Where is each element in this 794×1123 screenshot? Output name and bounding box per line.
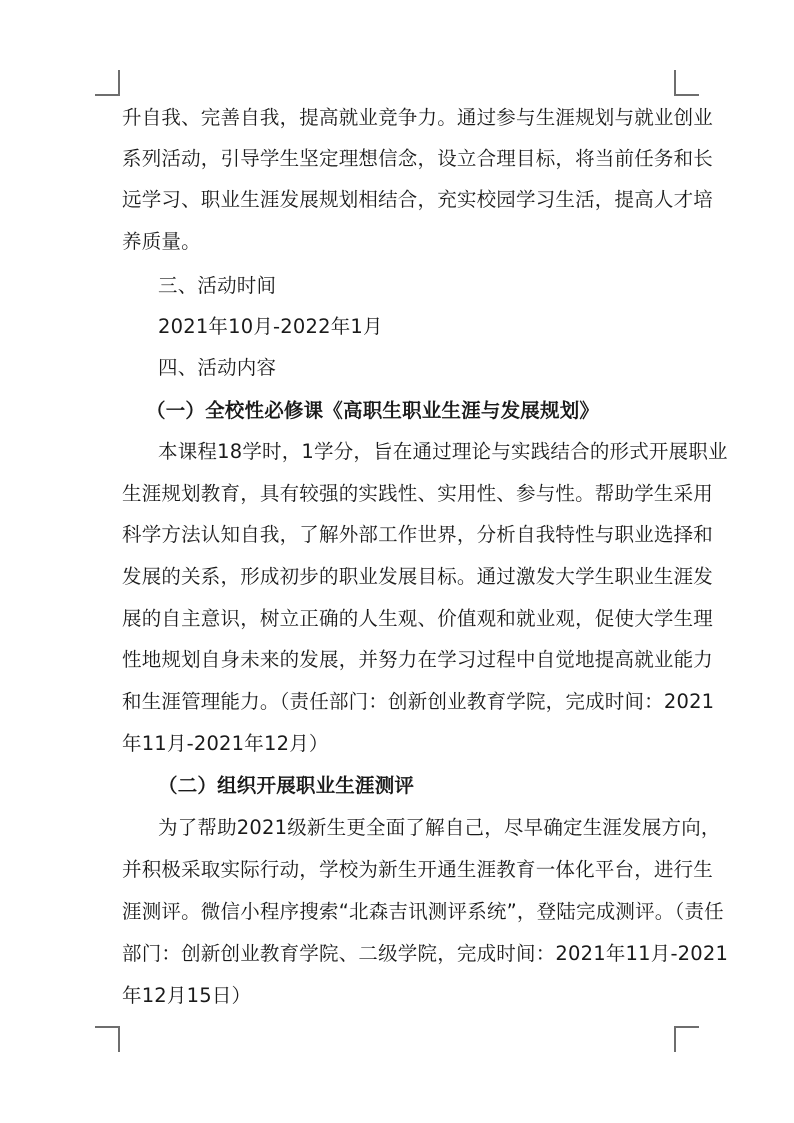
intro-line-2: 系列活动，引导学生坚定理想信念，设立合理目标，将当前任务和长	[122, 145, 682, 173]
subsection-2-heading: （二）组织开展职业生涯测评	[158, 772, 718, 800]
subsection-1-line-4: 发展的关系，形成初步的职业发展目标。通过激发大学生职业生涯发	[122, 563, 682, 591]
intro-line-4: 养质量。	[122, 228, 682, 256]
subsection-1-line-2: 生涯规划教育，具有较强的实践性、实用性、参与性。帮助学生采用	[122, 480, 682, 508]
bottom-right-margin-mark	[674, 1026, 699, 1052]
bottom-left-margin-mark	[95, 1026, 120, 1052]
subsection-1-line-5: 展的自主意识，树立正确的人生观、价值观和就业观，促使大学生理	[122, 605, 682, 633]
subsection-1-heading: （一）全校性必修课《高职生职业生涯与发展规划》	[146, 397, 706, 425]
intro-line-3: 远学习、职业生涯发展规划相结合，充实校园学习生活，提高人才培	[122, 186, 682, 214]
top-left-margin-mark	[95, 70, 120, 96]
document-page: 升自我、完善自我，提高就业竞争力。通过参与生涯规划与就业创业 系列活动，引导学生…	[0, 0, 794, 1123]
subsection-1-line-1: 本课程18学时，1学分，旨在通过理论与实践结合的形式开展职业	[158, 438, 718, 466]
section-3-heading: 三、活动时间	[158, 272, 718, 300]
subsection-1-line-6: 性地规划自身未来的发展，并努力在学习过程中自觉地提高就业能力	[122, 646, 682, 674]
subsection-2-line-4: 部门：创新创业教育学院、二级学院，完成时间：2021年11月-2021	[122, 940, 682, 968]
subsection-2-line-5: 年12月15日）	[122, 982, 682, 1010]
subsection-1-line-8: 年11月-2021年12月）	[122, 730, 682, 758]
intro-line-1: 升自我、完善自我，提高就业竞争力。通过参与生涯规划与就业创业	[122, 104, 682, 132]
subsection-1-line-7: 和生涯管理能力。（责任部门：创新创业教育学院，完成时间：2021	[122, 688, 682, 716]
top-right-margin-mark	[674, 70, 699, 96]
section-3-body: 2021年10月-2022年1月	[158, 313, 718, 341]
section-4-heading: 四、活动内容	[158, 354, 718, 382]
subsection-2-line-1: 为了帮助2021级新生更全面了解自己，尽早确定生涯发展方向，	[158, 814, 718, 842]
subsection-2-line-3: 涯测评。微信小程序搜索“北森吉讯测评系统”，登陆完成测评。（责任	[122, 898, 682, 926]
subsection-1-line-3: 科学方法认知自我，了解外部工作世界，分析自我特性与职业选择和	[122, 521, 682, 549]
subsection-2-line-2: 并积极采取实际行动，学校为新生开通生涯教育一体化平台，进行生	[122, 856, 682, 884]
